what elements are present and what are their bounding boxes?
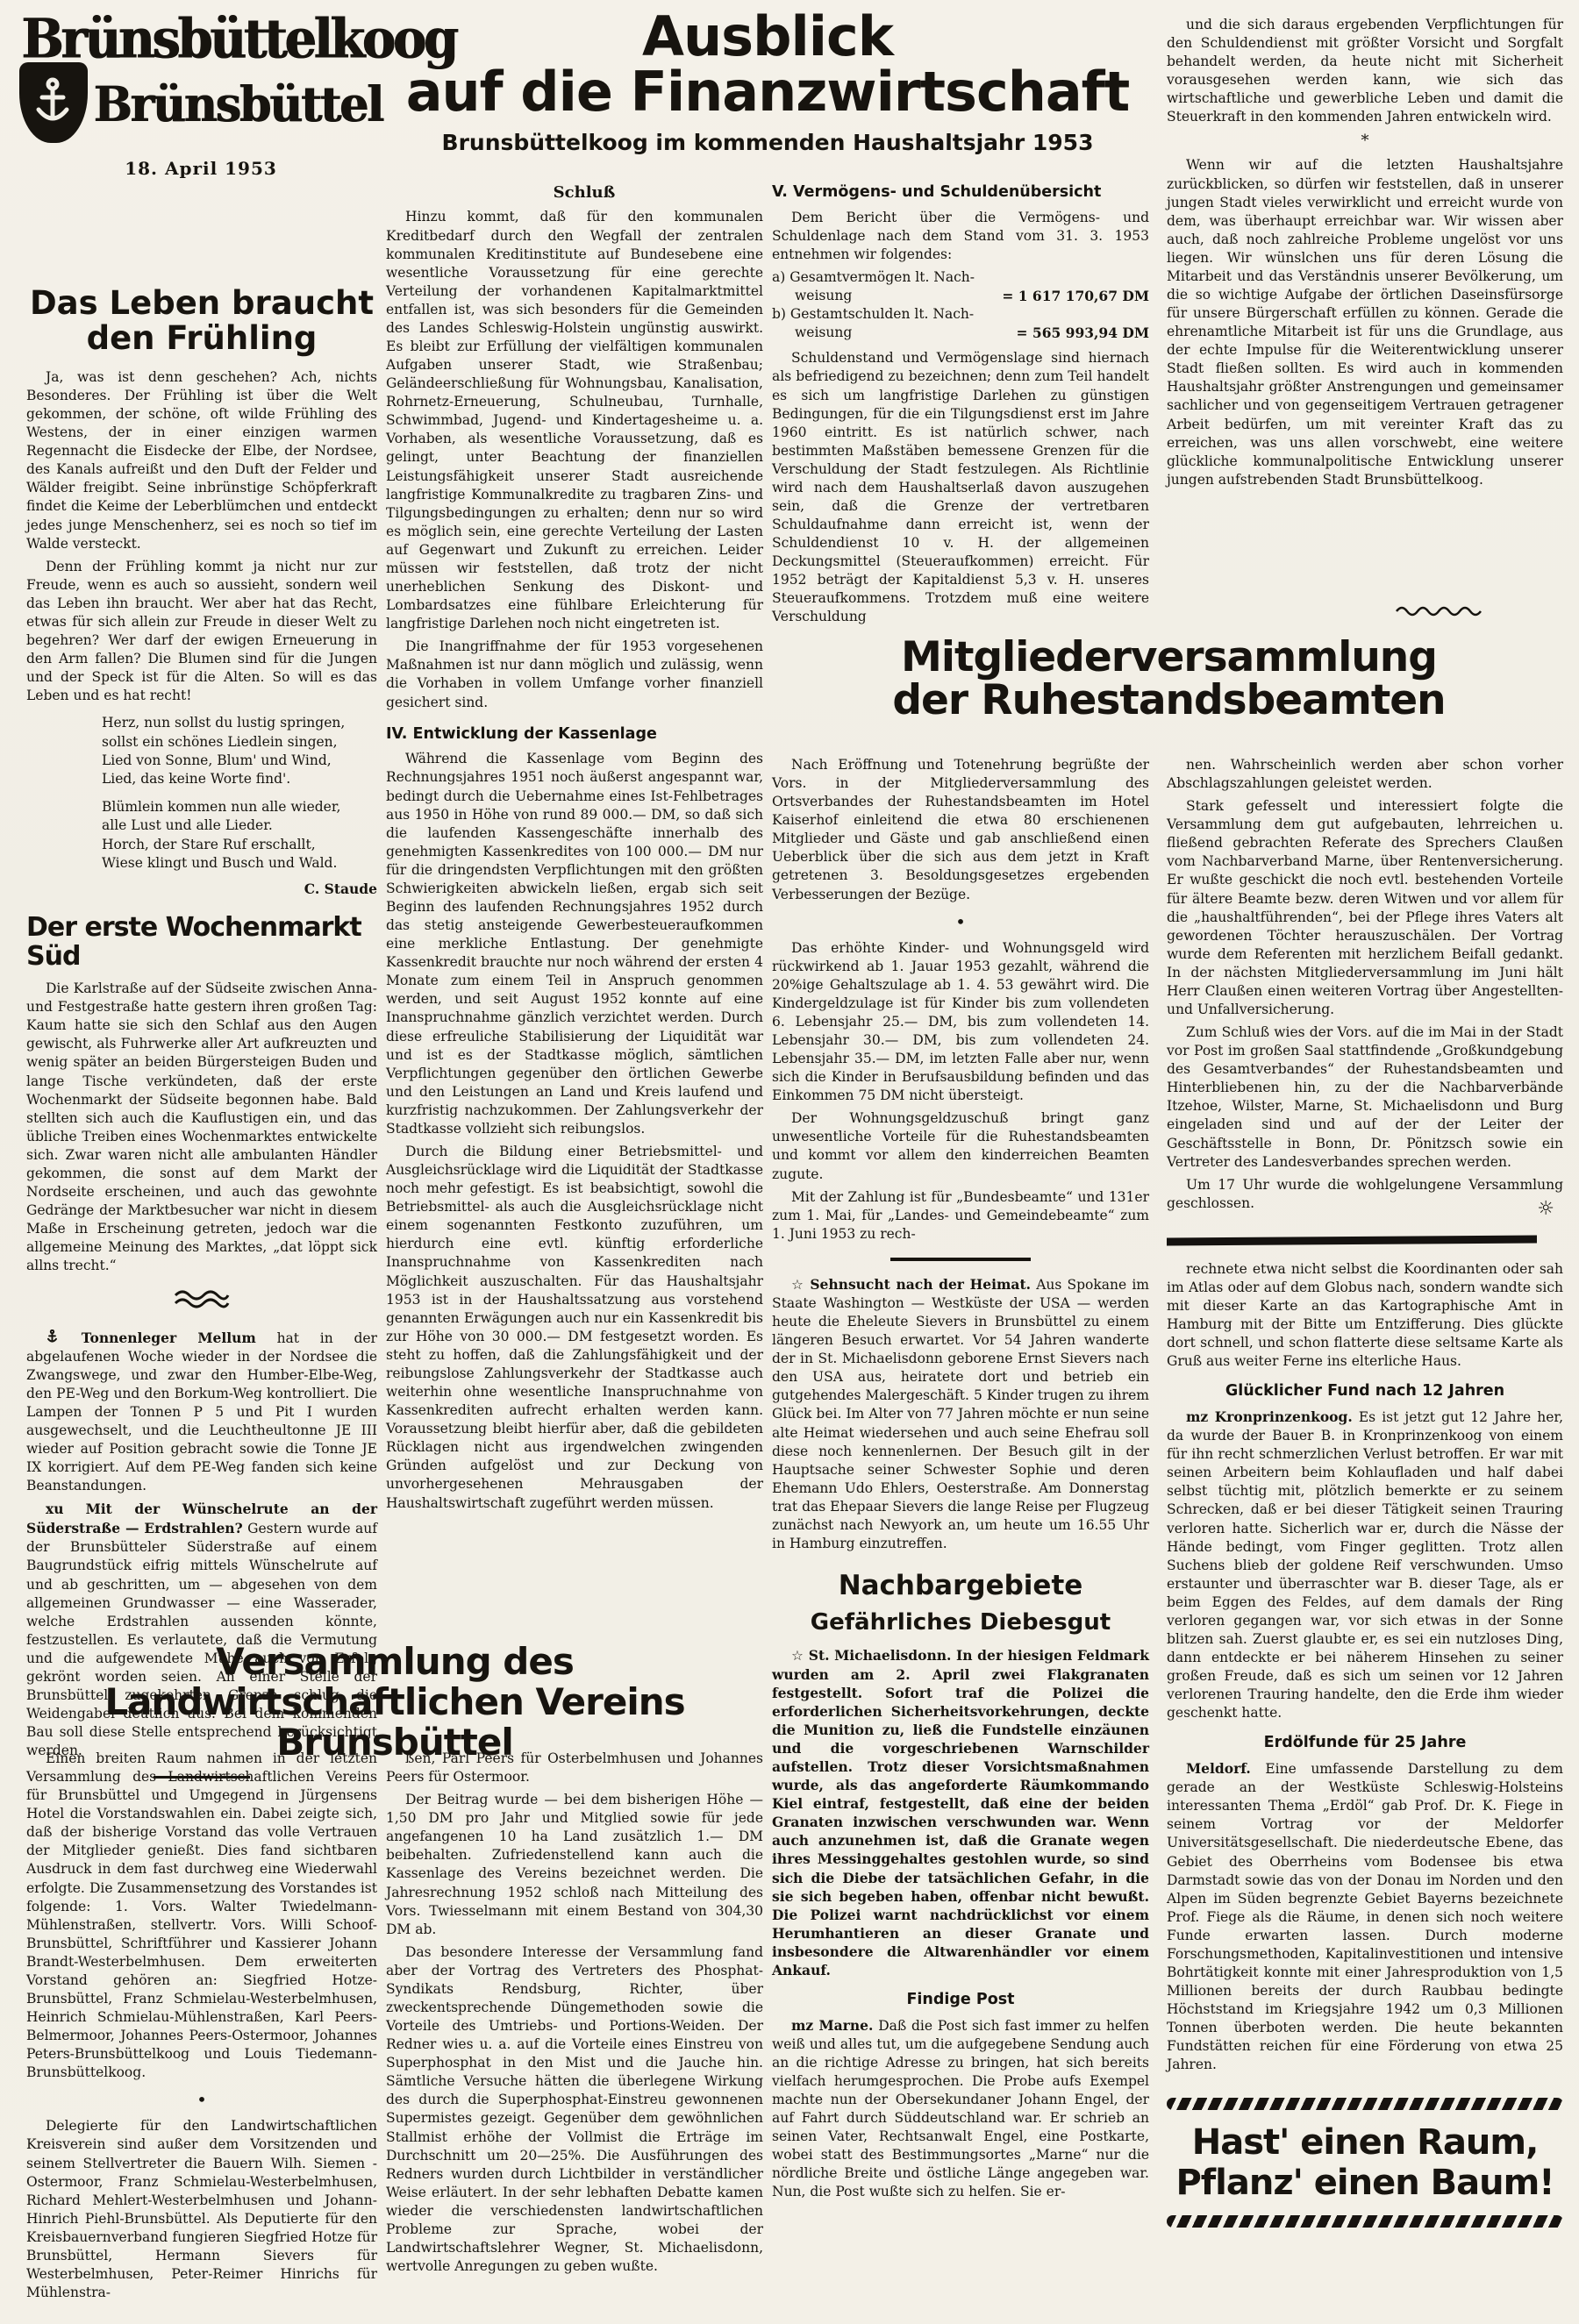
- verein-paragraph: Der Beitrag wurde — bei dem bisherigen H…: [386, 1791, 763, 1939]
- findige-post-continuation: rechnete etwa nicht selbst die Koordinan…: [1167, 1260, 1563, 1371]
- rule-divider: [890, 1258, 1031, 1261]
- poem-stanza-1: Herz, nun sollst du lustig springen, sol…: [102, 714, 377, 789]
- main-paragraph: Hinzu kommt, daß für den kommunalen Kred…: [386, 208, 763, 633]
- ruhestand-headline: Mitgliederversammlung der Ruhestandsbeam…: [772, 637, 1566, 723]
- mellum-text: hat in der abgelaufenen Woche wieder in …: [26, 1330, 377, 1494]
- total-assets-value: = 1 617 170,67 DM: [1002, 287, 1149, 305]
- newspaper-page: Brünsbüttelkoog Brünsbüttel 18. April 19…: [0, 0, 1579, 2324]
- fund-lead: mz Kronprinzenkoog.: [1186, 1408, 1353, 1425]
- garland-ornament-top: [1167, 2098, 1563, 2110]
- masthead: Brünsbüttelkoog Brünsbüttel 18. April 19…: [21, 14, 381, 181]
- erdoel-heading: Erdölfunde für 25 Jahre: [1167, 1733, 1563, 1754]
- wochenmarkt-paragraph: Die Karlstraße auf der Südseite zwischen…: [26, 980, 377, 1275]
- ledger-row: weisung= 565 993,94 DM: [772, 324, 1149, 342]
- main-paragraph: Die Inangriffnahme der für 1953 vorgeseh…: [386, 638, 763, 711]
- fruehling-paragraph: Ja, was ist denn geschehen? Ach, nichts …: [26, 368, 377, 553]
- ruhestand-paragraph: Das erhöhte Kinder- und Wohnungsgeld wir…: [772, 939, 1149, 1106]
- ruhestand-paragraph: Zum Schluß wies der Vors. auf die im Mai…: [1167, 1023, 1563, 1172]
- end-flourish: [1395, 603, 1518, 622]
- ruhestand-paragraph: Der Wohnungsgeldzuschuß bringt ganz unwe…: [772, 1109, 1149, 1183]
- anchor-icon: [33, 76, 72, 129]
- slogan-text: Hast' einen Raum, Pflanz' einen Baum!: [1167, 2122, 1563, 2203]
- verein-headline: Versammlung des Landwirtschaftlichen Ver…: [26, 1642, 763, 1764]
- squiggle-icon: [1395, 604, 1509, 617]
- masthead-row: Brünsbüttel: [21, 68, 381, 143]
- erdoel-lead: Meldorf.: [1186, 1760, 1251, 1777]
- column-4-lower: nen. Wahrscheinlich werden aber schon vo…: [1167, 756, 1563, 2228]
- verein-column-a: Einen breiten Raum nahmen in der letzten…: [26, 1750, 377, 2306]
- sehnsucht-lead: Sehnsucht nach der Heimat.: [810, 1276, 1031, 1293]
- main-paragraph: Schuldenstand und Vermögenslage sind hie…: [772, 349, 1149, 626]
- fruehling-paragraph: Denn der Frühling kommt ja nicht nur zur…: [26, 558, 377, 706]
- dot-separator: •: [26, 2091, 377, 2108]
- wave-divider: [26, 1289, 377, 1314]
- dateline: 18. April 1953: [21, 157, 381, 181]
- ledger-row: a) Gesamtvermögen lt. Nach-: [772, 268, 1149, 287]
- author-signature: C. Staude: [26, 880, 377, 898]
- diebesgut-text: In der hiesigen Feldmark wurden am 2. Ap…: [772, 1647, 1149, 1978]
- mellum-lead: Tonnenleger Mellum: [82, 1330, 256, 1346]
- asterisk-separator: *: [1167, 133, 1563, 149]
- nachbargebiete-heading: Nachbargebiete: [772, 1567, 1149, 1604]
- slogan-box: Hast' einen Raum, Pflanz' einen Baum!: [1167, 2098, 1563, 2228]
- findige-post-article: mz Marne. Daß die Post sich fast immer z…: [772, 2016, 1149, 2202]
- verein-paragraph: ßen, Parl Peers für Osterbelmhusen und J…: [386, 1750, 763, 1786]
- findige-post-heading: Findige Post: [772, 1990, 1149, 2011]
- ruhestand-paragraph: nen. Wahrscheinlich werden aber schon vo…: [1167, 756, 1563, 793]
- star-icon: ☆: [791, 1277, 804, 1293]
- main-headline-line1: Ausblick: [386, 9, 1149, 64]
- star-icon: ☆: [791, 1648, 804, 1664]
- masthead-title-line2: Brünsbüttel: [93, 81, 382, 129]
- headline-wochenmarkt: Der erste Wochenmarkt Süd: [26, 914, 377, 971]
- findige-post-text: Daß die Post sich fast immer zu helfen w…: [772, 2018, 1149, 2200]
- verein-column-b: ßen, Parl Peers für Osterbelmhusen und J…: [386, 1750, 763, 2280]
- main-paragraph: und die sich daraus ergebenden Verpflich…: [1167, 16, 1563, 126]
- schluss-label: Schluß: [386, 182, 763, 203]
- diebesgut-article: ☆ St. Michaelisdonn. In der hiesigen Fel…: [772, 1646, 1149, 1979]
- main-headline-line2: auf die Finanzwirtschaft: [386, 64, 1149, 119]
- fund-article: mz Kronprinzenkoog. Es ist jetzt gut 12 …: [1167, 1408, 1563, 1722]
- verein-paragraph: Delegierte für den Landwirtschaftlichen …: [26, 2117, 377, 2302]
- main-subtitle: Brunsbüttelkoog im kommenden Haushaltsja…: [386, 128, 1149, 158]
- ruhestand-paragraph: Mit der Zahlung ist für „Bundesbeamte“ u…: [772, 1188, 1149, 1244]
- city-crest-shield: [19, 62, 88, 143]
- poem-stanza-2: Blümlein kommen nun alle wieder, alle Lu…: [102, 798, 377, 873]
- ruhestand-paragraph: Stark gefesselt und interessiert folgte …: [1167, 797, 1563, 1019]
- dot-separator: •: [772, 913, 1149, 930]
- verein-paragraph: Das besondere Interesse der Versammlung …: [386, 1943, 763, 2276]
- main-headline: Ausblick auf die Finanzwirtschaft Brunsb…: [386, 9, 1149, 158]
- section-5-heading: V. Vermögens- und Schuldenübersicht: [772, 182, 1149, 203]
- ruhestand-paragraph: Nach Eröffnung und Totenehrung begrüßte …: [772, 756, 1149, 904]
- main-paragraph: Durch die Bildung einer Betriebsmittel- …: [386, 1143, 763, 1513]
- anchor-icon: [46, 1330, 59, 1344]
- main-paragraph: Während die Kassenlage vom Beginn des Re…: [386, 750, 763, 1138]
- erdoel-text: Eine umfassende Darstellung zu dem gerad…: [1167, 1761, 1563, 2072]
- column-4-top: und die sich daraus ergebenden Verpflich…: [1167, 16, 1563, 494]
- diebesgut-lead: St. Michaelisdonn.: [809, 1647, 952, 1664]
- garland-ornament-bottom: [1167, 2215, 1563, 2228]
- findige-post-lead: mz Marne.: [791, 2017, 873, 2034]
- erdoel-article: Meldorf. Eine umfassende Darstellung zu …: [1167, 1759, 1563, 2074]
- note-marker: xu: [46, 1501, 64, 1517]
- main-paragraph: Wenn wir auf die letzten Haushaltsjahre …: [1167, 156, 1563, 488]
- column-3-top: V. Vermögens- und Schuldenübersicht Dem …: [772, 182, 1149, 631]
- section-4-heading: IV. Entwicklung der Kassenlage: [386, 724, 763, 745]
- headline-fruehling: Das Leben braucht den Frühling: [26, 286, 377, 356]
- thick-rule: [1167, 1235, 1537, 1245]
- diebesgut-heading: Gefährliches Diebesgut: [772, 1608, 1149, 1638]
- ledger-row: weisung= 1 617 170,67 DM: [772, 287, 1149, 305]
- verein-paragraph: Einen breiten Raum nahmen in der letzten…: [26, 1750, 377, 2082]
- mellum-note: Tonnenleger Mellum hat in der abgelaufen…: [26, 1329, 377, 1496]
- column-1: Das Leben braucht den Frühling Ja, was i…: [26, 263, 377, 1794]
- fund-heading: Glücklicher Fund nach 12 Jahren: [1167, 1381, 1563, 1402]
- wave-divider-icon: [174, 1289, 230, 1308]
- column-3-lower: Nach Eröffnung und Totenehrung begrüßte …: [772, 756, 1149, 2206]
- ledger-row: b) Gestamtschulden lt. Nach-: [772, 305, 1149, 324]
- total-debt-value: = 565 993,94 DM: [1017, 324, 1149, 342]
- main-paragraph: Dem Bericht über die Vermögens- und Schu…: [772, 209, 1149, 264]
- masthead-title-line1: Brünsbüttelkoog: [21, 12, 381, 67]
- fund-text: Es ist jetzt gut 12 Jahre her, da wurde …: [1167, 1409, 1563, 1721]
- assets-liabilities-ledger: a) Gesamtvermögen lt. Nach- weisung= 1 6…: [772, 268, 1149, 342]
- sehnsucht-article: ☆ Sehnsucht nach der Heimat. Aus Spokane…: [772, 1275, 1149, 1553]
- column-2: Schluß Hinzu kommt, daß für den kommunal…: [386, 182, 763, 1517]
- sehnsucht-text: Aus Spokane im Staate Washington — Westk…: [772, 1277, 1149, 1551]
